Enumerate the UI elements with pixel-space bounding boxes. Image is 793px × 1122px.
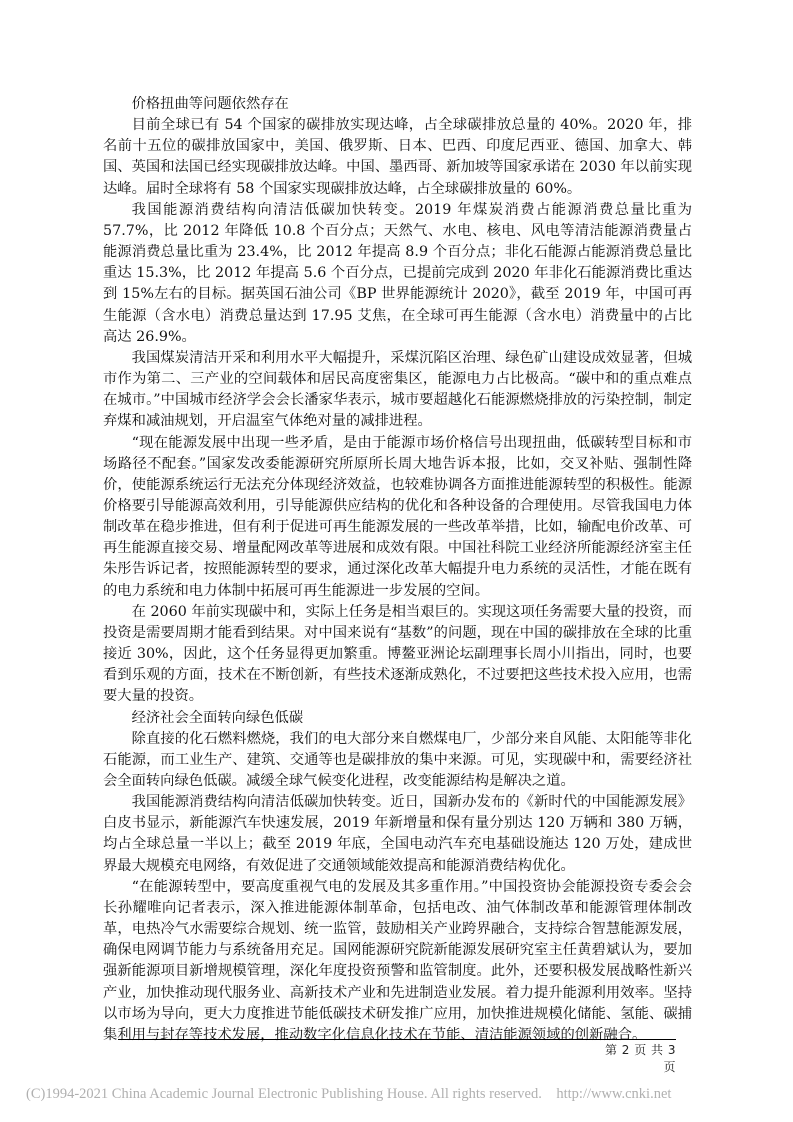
footer-divider <box>118 1039 676 1040</box>
paragraph-global-peak: 目前全球已有 54 个国家的碳排放实现达峰，占全球碳排放总量的 40%。2020… <box>103 115 692 200</box>
paragraph-fossil-fuel: 除直接的化石燃料燃烧，我们的电大部分来自燃煤电厂，少部分来自风能、太阳能等非化石… <box>103 729 692 792</box>
paragraph-energy-structure: 我国能源消费结构向清洁低碳加快转变。2019 年煤炭消费占能源消费总量比重为 5… <box>103 200 692 348</box>
paragraph-gas-power: “在能源转型中，要高度重视气电的发展及其多重作用。”中国投资协会能源投资专委会会… <box>103 877 692 1046</box>
section-heading-green-transition: 经济社会全面转向绿色低碳 <box>103 708 692 729</box>
section-heading-price-distortion: 价格扭曲等问题依然存在 <box>103 94 692 115</box>
paragraph-coal-cities: 我国煤炭清洁开采和利用水平大幅提升，采煤沉陷区治理、绿色矿山建设成效显著，但城市… <box>103 348 692 433</box>
article-body: 价格扭曲等问题依然存在 目前全球已有 54 个国家的碳排放实现达峰，占全球碳排放… <box>103 94 692 1046</box>
paragraph-price-signals: “现在能源发展中出现一些矛盾，是由于能源市场价格信号出现扭曲，低碳转型目标和市场… <box>103 433 692 602</box>
page-number: 第 2 页 共 3 页 <box>590 1041 676 1075</box>
paragraph-new-energy-vehicles: 我国能源消费结构向清洁低碳加快转变。近日，国新办发布的《新时代的中国能源发展》白… <box>103 792 692 877</box>
paragraph-2060-neutrality: 在 2060 年前实现碳中和，实际上任务是相当艰巨的。实现这项任务需要大量的投资… <box>103 602 692 708</box>
copyright-notice: (C)1994-2021 China Academic Journal Elec… <box>26 1086 671 1103</box>
